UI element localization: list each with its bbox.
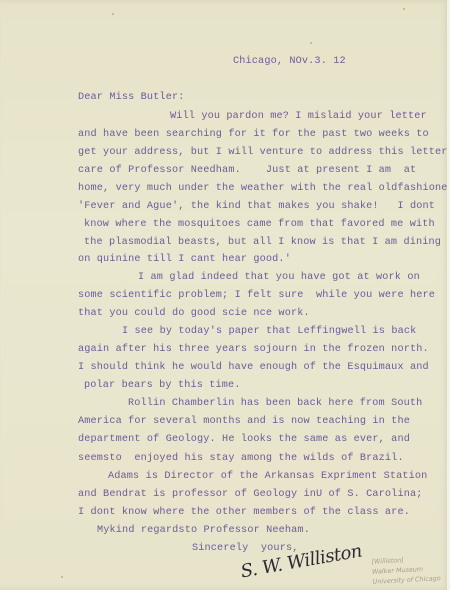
paper-speck: [310, 42, 312, 44]
letter-line: again after his three years sojourn in t…: [78, 344, 429, 356]
letter-line: I see by today's paper that Leffingwell …: [122, 326, 416, 338]
letter-line: care of Professor Needham. Just at prese…: [78, 165, 416, 177]
letter-line: some scientific problem; I felt sure whi…: [78, 290, 435, 302]
letter-line: Adams is Director of the Arkansas Exprim…: [108, 471, 427, 483]
letter-line: Will you pardon me? I mislaid your lette…: [170, 111, 427, 123]
archive-pencil-note: [Williston] Walker Museum University of …: [371, 553, 441, 587]
letter-line: polar bears by this time.: [84, 380, 241, 392]
letter-line: I am glad indeed that you have got at wo…: [138, 272, 420, 284]
letter-line: 'Fever and Ague', the kind that makes yo…: [78, 201, 435, 213]
letter-line: department of Geology. He looks the same…: [78, 434, 410, 446]
letter-line: America for several months and is now te…: [78, 416, 410, 428]
letter-line: Rollin Chamberlin has been back here fro…: [128, 398, 422, 410]
letter-line: Mykind regardsto Professor Neeham.: [97, 525, 310, 537]
letter-line: seemsto enjoyed his stay among the wilds…: [78, 453, 404, 465]
letter-line: and have been searching for it for the p…: [78, 129, 429, 141]
letter-line: I dont know where the other members of t…: [78, 507, 410, 519]
letter-line: and Bendrat is professor of Geology inU …: [78, 489, 423, 501]
letter-line: that you could do good scie nce work.: [78, 308, 310, 320]
letter-line: I should think he would have enough of t…: [78, 362, 429, 374]
letter-line: home, very much under the weather with t…: [78, 183, 450, 195]
paper-speck: [61, 576, 63, 578]
paper-speck: [403, 8, 405, 10]
letter-line: the plasmodial beasts, but all I know is…: [84, 237, 441, 249]
paper-speck: [112, 13, 114, 15]
letter-line: get your address, but I will venture to …: [78, 147, 448, 159]
letter-salutation: Dear Miss Butler:: [78, 92, 184, 104]
letter-date: Chicago, NOv.3. 12: [233, 56, 346, 68]
letter-line: on quinine till I cant hear good.': [78, 254, 291, 266]
letter-line: know where the mosquitoes came from that…: [84, 219, 435, 231]
letter-page: Chicago, NOv.3. 12 Dear Miss Butler: Wil…: [0, 0, 450, 590]
